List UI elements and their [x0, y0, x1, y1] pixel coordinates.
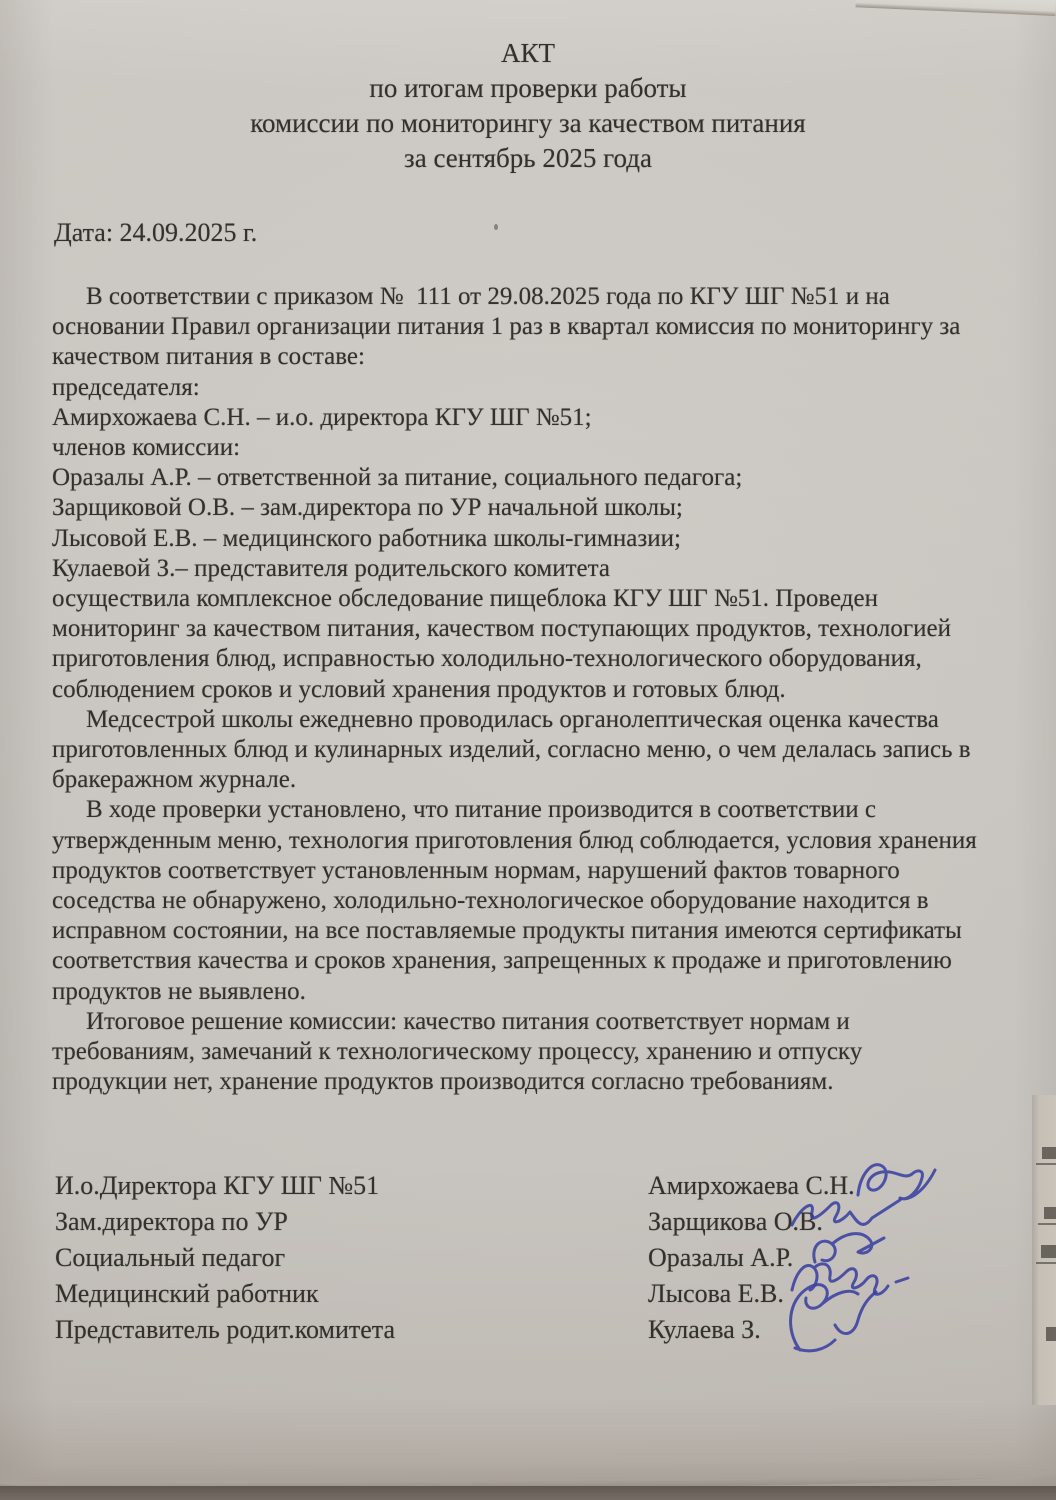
- signature-row: Представитель родит.комитета Кулаева З.: [55, 1312, 1005, 1348]
- scanned-act-document: АКТ по итогам проверки работы комиссии п…: [0, 0, 1056, 1500]
- edge-underline-fragment: [1036, 1262, 1056, 1264]
- paper-sheet: АКТ по итогам проверки работы комиссии п…: [0, 0, 1056, 1488]
- sheet-corner-sliver: [855, 0, 1056, 16]
- paper-speck: [494, 224, 498, 230]
- signatory-position: Социальный педагог: [55, 1243, 285, 1272]
- signatory-name: Амирхожаева С.Н.: [648, 1168, 855, 1204]
- edge-text-fragment: [1042, 1147, 1056, 1159]
- paragraph-final-decision: Итоговое решение комиссии: качество пита…: [52, 1007, 1014, 1098]
- signatory-position: Представитель родит.комитета: [55, 1315, 395, 1344]
- document-body: В соответствии с приказом № 111 от 29.08…: [52, 282, 1014, 1097]
- signatory-name: Зарщикова О.В.: [648, 1204, 823, 1240]
- signature-row: Зам.директора по УР Зарщикова О.В.: [55, 1204, 1005, 1240]
- edge-underline-fragment: [1038, 1223, 1056, 1225]
- signature-block: И.о.Директора КГУ ШГ №51 Амирхожаева С.Н…: [55, 1168, 1005, 1348]
- signatory-name: Кулаева З.: [648, 1312, 761, 1348]
- signatory-name: Оразалы А.Р.: [648, 1240, 793, 1276]
- edge-underline-fragment: [1036, 1163, 1056, 1165]
- paragraph-nurse-checks: Медсестрой школы ежедневно проводилась о…: [52, 705, 1014, 796]
- signatory-position: Зам.директора по УР: [55, 1207, 288, 1236]
- signatory-position: И.о.Директора КГУ ШГ №51: [55, 1171, 379, 1200]
- signatory-name: Лысова Е.В.: [648, 1276, 784, 1312]
- edge-text-fragment: [1041, 1245, 1056, 1258]
- signature-row: Медицинский работник Лысова Е.В.: [55, 1276, 1005, 1312]
- desk-surface: [0, 1486, 1056, 1500]
- signature-row: Социальный педагог Оразалы А.Р.: [55, 1240, 1005, 1276]
- document-title: АКТ по итогам проверки работы комиссии п…: [0, 36, 1056, 176]
- adjacent-sheet-edge: [1032, 1095, 1056, 1405]
- date-line: Дата: 24.09.2025 г.: [54, 218, 257, 248]
- edge-text-fragment: [1044, 1207, 1056, 1219]
- signature-row: И.о.Директора КГУ ШГ №51 Амирхожаева С.Н…: [55, 1168, 1005, 1204]
- paragraph-commission-composition: В соответствии с приказом № 111 от 29.08…: [52, 282, 1014, 705]
- edge-text-fragment: [1046, 1327, 1056, 1341]
- signatory-position: Медицинский работник: [55, 1279, 319, 1308]
- paragraph-inspection-findings: В ходе проверки установлено, что питание…: [52, 795, 1014, 1006]
